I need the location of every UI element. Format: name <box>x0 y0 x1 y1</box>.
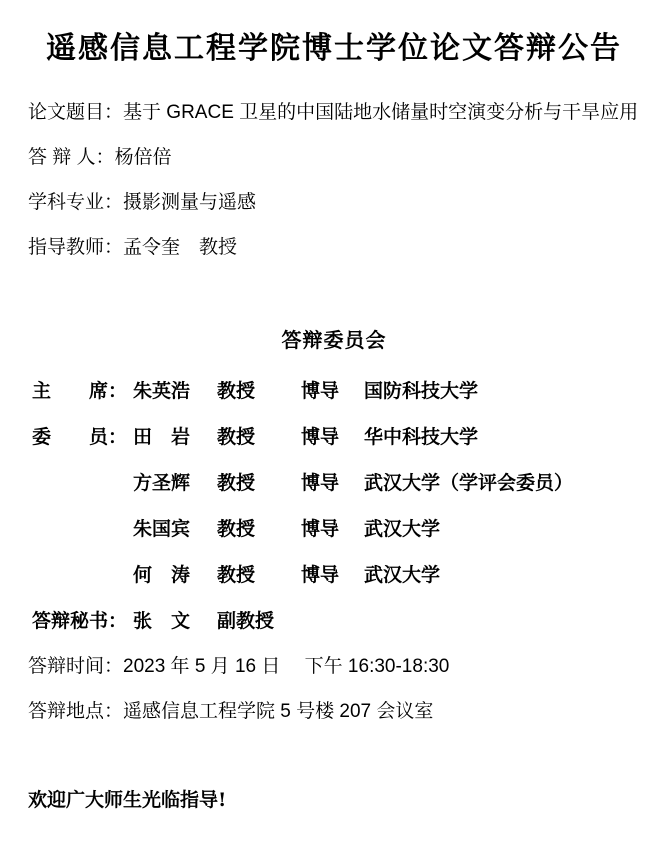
info-line-defense-location: 答辩地点：遥感信息工程学院 5 号楼 207 会议室 <box>28 689 640 734</box>
committee-member-row: 方圣辉 教授 博导 武汉大学（学评会委员） <box>32 460 640 506</box>
member-advisor-status: 博导 <box>301 460 364 506</box>
major-label: 学科专业： <box>28 192 123 213</box>
defense-location-label: 答辩地点： <box>28 701 123 722</box>
major-value: 摄影测量与遥感 <box>123 192 256 213</box>
supervisor-label: 指导教师： <box>28 237 123 258</box>
member-title: 教授 <box>217 552 301 598</box>
member-title: 教授 <box>217 414 301 460</box>
defense-time-label: 答辩时间： <box>28 656 123 677</box>
member-advisor-status: 博导 <box>301 414 364 460</box>
member-name: 田 岩 <box>133 414 217 460</box>
row-label <box>32 460 133 506</box>
schedule-section: 答辩时间：2023 年 5 月 16 日 下午 16:30-18:30 答辩地点… <box>28 644 640 734</box>
committee-member-row: 委 员： 田 岩 教授 博导 华中科技大学 <box>32 414 640 460</box>
supervisor-value: 孟令奎 教授 <box>123 237 237 258</box>
defense-time-value: 2023 年 5 月 16 日 下午 16:30-18:30 <box>123 656 449 677</box>
committee-heading: 答辩委员会 <box>28 328 640 352</box>
info-line-defender: 答 辩 人：杨倍倍 <box>28 135 640 180</box>
welcome-note: 欢迎广大师生光临指导! <box>28 788 640 812</box>
member-advisor-status: 博导 <box>301 506 364 552</box>
member-name: 朱英浩 <box>133 368 217 414</box>
defense-announcement-page: 遥感信息工程学院博士学位论文答辩公告 论文题目：基于 GRACE 卫星的中国陆地… <box>0 0 664 851</box>
member-advisor-status: 博导 <box>301 552 364 598</box>
info-line-supervisor: 指导教师：孟令奎 教授 <box>28 225 640 270</box>
defender-value: 杨倍倍 <box>115 147 172 168</box>
secretary-title: 副教授 <box>217 598 301 644</box>
committee-chair-row: 主 席： 朱英浩 教授 博导 国防科技大学 <box>32 368 640 414</box>
thesis-title-label: 论文题目： <box>28 102 123 123</box>
member-affiliation: 武汉大学（学评会委员） <box>364 460 640 506</box>
member-title: 教授 <box>217 368 301 414</box>
member-affiliation: 国防科技大学 <box>364 368 640 414</box>
defender-label: 答 辩 人： <box>28 147 115 168</box>
row-label: 答辩秘书： <box>32 598 133 644</box>
committee-secretary-row: 答辩秘书： 张 文 副教授 <box>32 598 640 644</box>
info-line-defense-time: 答辩时间：2023 年 5 月 16 日 下午 16:30-18:30 <box>28 644 640 689</box>
member-name: 何 涛 <box>133 552 217 598</box>
row-label: 主 席： <box>32 368 133 414</box>
row-label <box>32 506 133 552</box>
committee-member-row: 朱国宾 教授 博导 武汉大学 <box>32 506 640 552</box>
secretary-name: 张 文 <box>133 598 217 644</box>
member-advisor-status: 博导 <box>301 368 364 414</box>
member-affiliation: 华中科技大学 <box>364 414 640 460</box>
info-line-thesis-title: 论文题目：基于 GRACE 卫星的中国陆地水储量时空演变分析与干旱应用 <box>28 90 640 135</box>
committee-member-row: 何 涛 教授 博导 武汉大学 <box>32 552 640 598</box>
thesis-info-section: 论文题目：基于 GRACE 卫星的中国陆地水储量时空演变分析与干旱应用 答 辩 … <box>28 90 640 270</box>
row-label <box>32 552 133 598</box>
member-affiliation: 武汉大学 <box>364 552 640 598</box>
info-line-major: 学科专业：摄影测量与遥感 <box>28 180 640 225</box>
member-affiliation: 武汉大学 <box>364 506 640 552</box>
row-label: 委 员： <box>32 414 133 460</box>
thesis-title-value: 基于 GRACE 卫星的中国陆地水储量时空演变分析与干旱应用 <box>123 102 638 123</box>
member-name: 方圣辉 <box>133 460 217 506</box>
member-name: 朱国宾 <box>133 506 217 552</box>
page-title: 遥感信息工程学院博士学位论文答辩公告 <box>28 26 640 72</box>
member-title: 教授 <box>217 460 301 506</box>
member-title: 教授 <box>217 506 301 552</box>
defense-location-value: 遥感信息工程学院 5 号楼 207 会议室 <box>123 701 433 722</box>
committee-section: 主 席： 朱英浩 教授 博导 国防科技大学 委 员： 田 岩 教授 博导 华中科… <box>28 368 640 644</box>
